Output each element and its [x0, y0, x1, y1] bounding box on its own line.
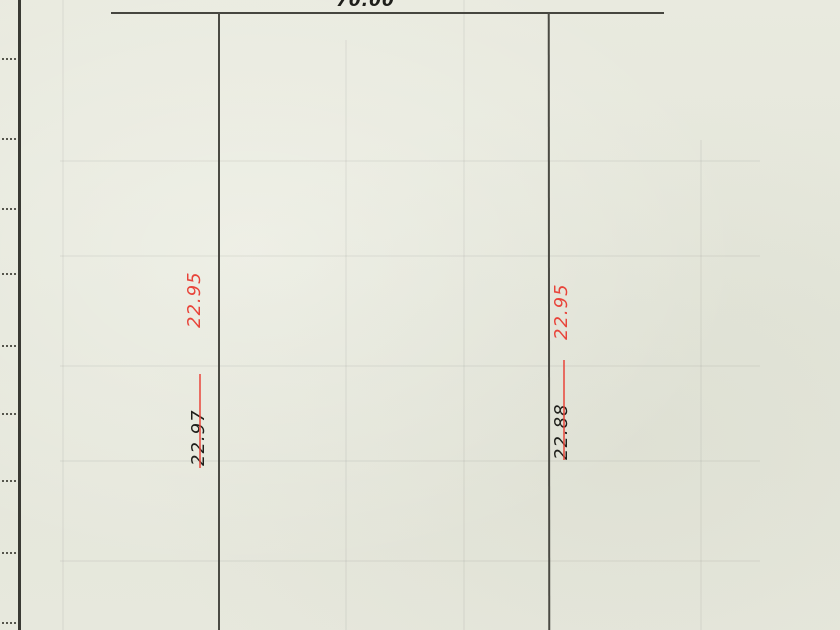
bleed-through-line — [60, 365, 760, 367]
revised-elevation-right: 22.95 — [553, 283, 571, 340]
bleed-through-line — [463, 0, 465, 630]
border-tick — [2, 138, 16, 140]
bleed-through-line — [60, 560, 760, 562]
strikethrough-mark-left — [199, 374, 201, 468]
original-elevation-right: 22.88 — [553, 403, 571, 460]
border-tick — [2, 273, 16, 275]
border-tick — [2, 480, 16, 482]
sheet-border-left — [18, 0, 21, 630]
border-tick — [2, 552, 16, 554]
bleed-through-line — [345, 40, 347, 630]
bleed-through-line — [62, 0, 64, 630]
street-boundary-line — [111, 12, 664, 14]
bleed-through-line — [60, 255, 760, 257]
border-tick — [2, 58, 16, 60]
bleed-through-line — [60, 460, 760, 462]
border-tick — [2, 345, 16, 347]
revised-elevation-left: 22.95 — [186, 271, 204, 328]
plan-sheet: 70.00 22.95 22.97 22.95 22.88 — [0, 0, 840, 630]
strikethrough-mark-right — [563, 360, 565, 460]
lot-line-left — [218, 12, 220, 630]
bleed-through-line — [60, 160, 760, 162]
top-dimension-label: 70.00 — [336, 0, 395, 11]
border-tick — [2, 208, 16, 210]
border-tick — [2, 622, 16, 624]
border-tick — [2, 413, 16, 415]
lot-line-right — [548, 12, 551, 630]
bleed-through-line — [700, 140, 702, 630]
